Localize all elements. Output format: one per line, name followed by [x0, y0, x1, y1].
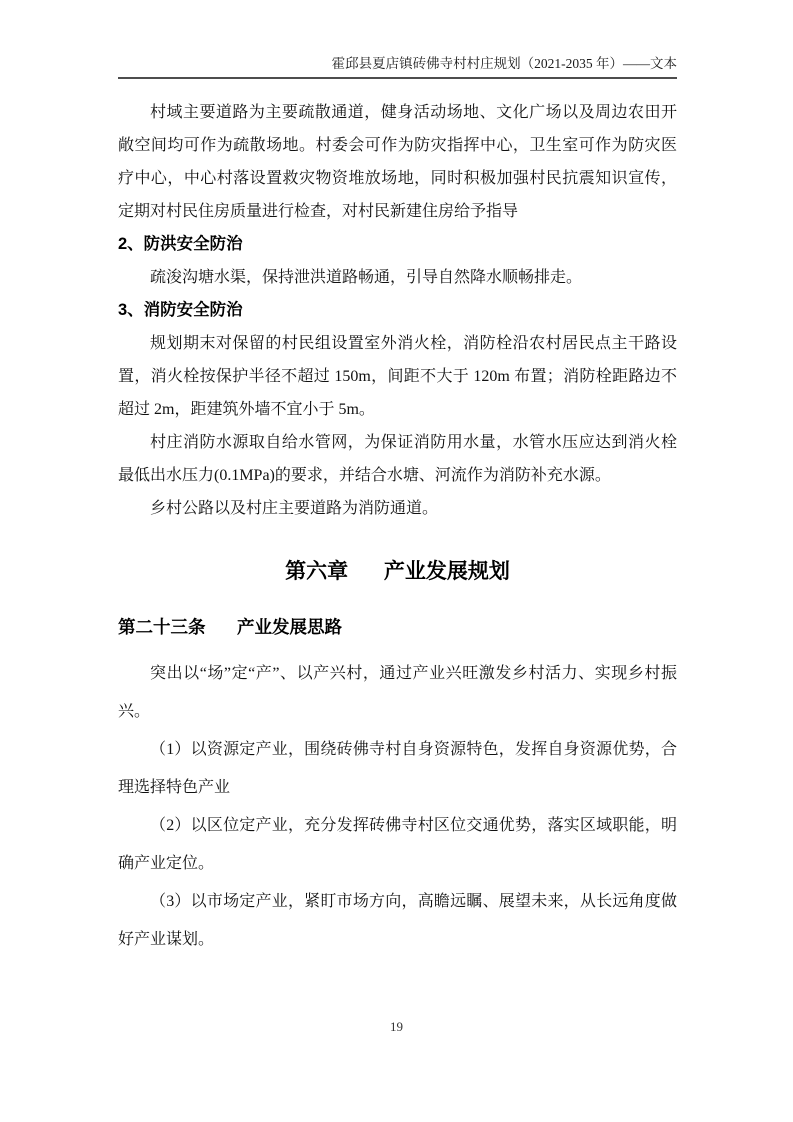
- section-number: 第二十三条: [118, 617, 206, 637]
- paragraph-fire-water-supply: 村庄消防水源取自给水管网，为保证消防用水量，水管水压应达到消火栓最低出水压力(0…: [118, 426, 677, 492]
- subheading-fire-prevention: 3、消防安全防治: [118, 294, 677, 327]
- chapter-title: 产业发展规划: [384, 560, 510, 583]
- subheading-flood-prevention: 2、防洪安全防治: [118, 228, 677, 261]
- section-title: 产业发展思路: [237, 617, 342, 637]
- paragraph-industry-point-3: （3）以市场定产业，紧盯市场方向，高瞻远瞩、展望未来，从长远角度做好产业谋划。: [118, 883, 677, 959]
- paragraph-industry-point-2: （2）以区位定产业，充分发挥砖佛寺村区位交通优势，落实区域职能，明确产业定位。: [118, 807, 677, 883]
- page-footer: 19: [0, 1019, 793, 1035]
- page-number: 19: [390, 1019, 403, 1034]
- header-title: 霍邱县夏店镇砖佛寺村村庄规划（2021-2035 年）——文本: [332, 56, 677, 71]
- paragraph-fire-lanes: 乡村公路以及村庄主要道路为消防通道。: [118, 492, 677, 525]
- chapter-heading: 第六章产业发展规划: [118, 555, 677, 589]
- page-header: 霍邱县夏店镇砖佛寺村村庄规划（2021-2035 年）——文本: [118, 56, 677, 79]
- section-heading: 第二十三条产业发展思路: [118, 611, 677, 643]
- document-body: 村域主要道路为主要疏散通道，健身活动场地、文化广场以及周边农田开敞空间均可作为疏…: [118, 96, 677, 959]
- paragraph-industry-intro: 突出以“场”定“产”、以产兴村，通过产业兴旺激发乡村活力、实现乡村振兴。: [118, 655, 677, 731]
- document-page: 霍邱县夏店镇砖佛寺村村庄规划（2021-2035 年）——文本 村域主要道路为主…: [0, 0, 793, 1122]
- paragraph-evacuation-routes: 村域主要道路为主要疏散通道，健身活动场地、文化广场以及周边农田开敞空间均可作为疏…: [118, 96, 677, 228]
- paragraph-industry-point-1: （1）以资源定产业，围绕砖佛寺村自身资源特色，发挥自身资源优势，合理选择特色产业: [118, 731, 677, 807]
- chapter-number: 第六章: [285, 560, 348, 583]
- paragraph-flood-control: 疏浚沟塘水渠，保持泄洪道路畅通，引导自然降水顺畅排走。: [118, 261, 677, 294]
- paragraph-fire-hydrants: 规划期末对保留的村民组设置室外消火栓，消防栓沿农村居民点主干路设置，消火栓按保护…: [118, 327, 677, 426]
